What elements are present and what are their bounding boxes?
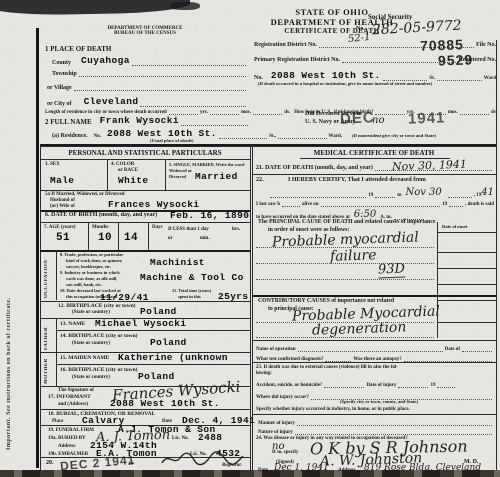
residence-label: (a) Residence. bbox=[52, 133, 88, 139]
mother-name-label: 15. MAIDEN NAME bbox=[60, 355, 109, 361]
ifso-label: If so, specify bbox=[272, 450, 299, 455]
street-value: 2088 West 10th St. bbox=[271, 70, 381, 81]
mother-bp-label: 16. BIRTHPLACE (city or town) bbox=[60, 367, 137, 373]
father-side-label: FATHER bbox=[44, 320, 49, 350]
city-value: Cleveland bbox=[84, 96, 139, 107]
place-of-death-title: 1 PLACE OF DEATH bbox=[45, 45, 111, 53]
filed-year-label: 19 bbox=[128, 462, 133, 467]
injury-19: 19 bbox=[430, 383, 435, 388]
cert-date-value: Dec 1, 1941 bbox=[274, 463, 329, 473]
color-label1: 4. COLOR bbox=[111, 162, 134, 167]
cert-addr-label: Address bbox=[338, 468, 355, 473]
scan-smudge-top bbox=[0, 0, 190, 16]
registered-no-stamp: 9529 bbox=[438, 51, 474, 68]
cert-date-label: Date bbox=[258, 468, 268, 473]
trade-label2: kind of work done, as spinner, bbox=[66, 258, 122, 263]
age-months: 10 bbox=[98, 232, 112, 244]
color-label2: or RACE bbox=[118, 168, 138, 173]
hospital-note: (If death occurred in a hospital or inst… bbox=[258, 81, 432, 86]
street-ward-label: Ward bbox=[484, 76, 496, 81]
informant-address: 2088 West 10th St. bbox=[110, 398, 220, 409]
full-name-label: 2 FULL NAME bbox=[45, 118, 92, 126]
full-name-value: Frank Wysocki bbox=[100, 115, 179, 126]
occupation-side-label: OCCUPATION bbox=[44, 254, 49, 298]
primary-reg-label: Primary Registration District No. bbox=[254, 57, 340, 63]
spouse-value: Frances Wysocki bbox=[108, 199, 200, 210]
ssn-value: 282-05-9772 bbox=[372, 18, 462, 39]
contrib-value2: degeneration bbox=[312, 319, 407, 338]
sex-value: Male bbox=[50, 175, 74, 186]
date-of-onset-label: Date of onset bbox=[442, 224, 468, 229]
where-injury-label: Where did injury occur? bbox=[256, 395, 309, 400]
residence-st-label: St., bbox=[269, 134, 276, 139]
nonresident-note: (If nonresident give city or town and St… bbox=[352, 133, 436, 138]
mother-name-value: Katherine (unknown bbox=[118, 352, 228, 363]
hrs-label: hrs. bbox=[232, 227, 240, 232]
marital-label2: Widowed or bbox=[169, 168, 192, 173]
father-name-label: 13. NAME bbox=[60, 321, 85, 327]
mos-label2: mos. bbox=[448, 110, 458, 115]
months-label: Months bbox=[92, 225, 108, 230]
county-label: County bbox=[52, 60, 71, 66]
father-bp-value: Poland bbox=[150, 337, 187, 348]
specify-place-note: Specify whether injury occurred in indus… bbox=[256, 407, 410, 412]
birthplace-label: 12. BIRTHPLACE (city or town) bbox=[58, 303, 135, 309]
certify-19: 19 bbox=[368, 193, 373, 198]
sex-label: 3. SEX bbox=[45, 162, 60, 167]
death-said-label: , death is said bbox=[465, 202, 494, 207]
abode-note: (Usual place of abode) bbox=[150, 138, 194, 143]
trade-label3: sawyer, bookkeeper, etc. bbox=[66, 264, 111, 269]
days-label: Days bbox=[152, 225, 163, 230]
medical-section-title: MEDICAL CERTIFICATE OF DEATH bbox=[252, 149, 496, 157]
industry-value: Machine & Tool Co bbox=[140, 272, 244, 283]
date-of-label: Date of bbox=[445, 347, 460, 352]
agency-line2: BUREAU OF THE CENSUS bbox=[70, 31, 220, 36]
reg-district-label: Registration District No. bbox=[254, 42, 317, 48]
ssn-no-label: No. bbox=[356, 26, 365, 32]
buried-addr-label: Address bbox=[58, 444, 75, 449]
lastsaw-label1: I last saw h bbox=[256, 202, 280, 207]
industry-label1: 9. Industry or business in which bbox=[60, 270, 120, 275]
burial-place-label: Place bbox=[52, 419, 63, 424]
certify-to-value: Nov 30 bbox=[405, 187, 441, 198]
lastsaw-19: 19 bbox=[442, 202, 447, 207]
county-value: Cuyahoga bbox=[81, 55, 130, 66]
residence-no-label: No. bbox=[94, 134, 101, 139]
mother-bp-value: Poland bbox=[138, 371, 175, 382]
file-no-label: File No. bbox=[476, 42, 496, 48]
total-time-label2: spent in this bbox=[178, 294, 201, 299]
personal-section-title: PERSONAL AND STATISTICAL PARTICULARS bbox=[40, 149, 250, 157]
dod-label: 21. DATE OF DEATH (month, day, and year) bbox=[256, 165, 373, 171]
father-name-value: Michael Wysocki bbox=[95, 318, 187, 329]
principal-label1: The PRINCIPAL CAUSE OF DEATH and related… bbox=[258, 219, 435, 225]
industry-label2: work was done, as silk mill, bbox=[66, 276, 117, 281]
father-bp-label: 14. BIRTHPLACE (city or town) bbox=[60, 333, 137, 339]
buried-lic-label: Lic. No. bbox=[172, 436, 189, 441]
industry-label3: saw mill, bank, etc. bbox=[66, 282, 102, 287]
age-days: 14 bbox=[124, 232, 138, 244]
informant-label1: The Signature of bbox=[58, 388, 94, 393]
where-injury-note: (Specify city or town, county, and State… bbox=[340, 399, 418, 404]
trade-value: Machinist bbox=[150, 257, 205, 268]
ds-label: ds. bbox=[284, 110, 290, 115]
margin-note: Important. See instructions on back of c… bbox=[6, 120, 12, 450]
certify-num: 22. bbox=[256, 177, 264, 183]
age-label: 7. AGE (years) bbox=[44, 225, 76, 230]
color-value: White bbox=[118, 175, 149, 186]
buried-by-label: 19a. BURIED BY bbox=[48, 436, 86, 441]
buried-lic-value: 2488 bbox=[198, 432, 222, 443]
marital-value: Married bbox=[195, 171, 238, 182]
operation-label: Name of operation bbox=[256, 347, 296, 352]
total-time-label1: 11. Total time (years) bbox=[172, 288, 211, 293]
injury-date-label: Date of injury bbox=[366, 383, 396, 388]
left-rule bbox=[36, 28, 39, 468]
min-label: min. bbox=[200, 236, 210, 241]
served-stamp-month: DEC bbox=[340, 109, 376, 128]
lastsaw-label2: alive on bbox=[302, 202, 319, 207]
cert-addr-value: 819 Rose Bldg, Cleveland bbox=[364, 463, 481, 473]
informant-label2: 17. INFORMANT bbox=[48, 394, 91, 400]
mother-side-label: MOTHER bbox=[44, 354, 49, 384]
external-label1: 23. If death was due to external causes … bbox=[256, 365, 398, 370]
township-label: Township bbox=[52, 71, 77, 77]
accident-label: Accident, suicide, or homicide? bbox=[256, 383, 322, 388]
spouse-label1: 5a If Married, Widowed, or Divorced bbox=[45, 192, 125, 197]
marital-label1: 5. SINGLE, MARRIED, Write the word bbox=[169, 162, 244, 167]
contrib-label1: CONTRIBUTORY CAUSES of importance not re… bbox=[258, 298, 394, 304]
external-label2: lowing: bbox=[256, 371, 272, 376]
funeral-firm-label: 19. FUNERAL FIRM bbox=[48, 428, 94, 433]
informant-addr-label: and (Address) bbox=[58, 402, 88, 407]
age-years: 51 bbox=[56, 232, 70, 244]
served-stamp-year: 1941 bbox=[408, 109, 446, 127]
birthplace-value: Poland bbox=[140, 306, 177, 317]
scan-smudge-top2 bbox=[170, 2, 200, 10]
filed-num-label: 20. bbox=[46, 460, 54, 466]
less-than-day-label: If LESS than 1 day bbox=[168, 227, 209, 232]
village-label: or Village bbox=[47, 85, 72, 91]
manner-label: Manner of injury bbox=[258, 421, 295, 426]
or-label: or bbox=[168, 236, 173, 241]
registrar-label: Registrar. bbox=[222, 463, 242, 468]
dob-value: Feb. 16, 1890 bbox=[170, 210, 249, 221]
nature-label: Nature of injury bbox=[258, 430, 293, 435]
marital-label3: Divorced bbox=[169, 174, 186, 179]
residence-ward-label: Ward. bbox=[329, 134, 342, 139]
death-certificate-scan: Important. See instructions on back of c… bbox=[0, 0, 500, 477]
certify-text: I HEREBY CERTIFY, That I attended deceas… bbox=[288, 177, 426, 183]
dob-label: 6. DATE OF BIRTH (month, day, and year) bbox=[45, 212, 157, 218]
mother-bp-sub: (State or country) bbox=[72, 375, 110, 380]
certify-to-label: to bbox=[397, 193, 401, 198]
dod-value: Nov 30, 1941 bbox=[392, 158, 467, 174]
birthplace-sub: (State or country) bbox=[72, 310, 110, 315]
father-bp-sub: (State or country) bbox=[72, 341, 110, 346]
trade-label1: 8. Trade, profession, or particular bbox=[60, 252, 123, 257]
spouse-label3: (or) Wife of bbox=[50, 204, 75, 209]
spouse-label2: Husband of bbox=[50, 198, 75, 203]
certify-to-year: 41 bbox=[481, 187, 494, 198]
cause-code: 93D bbox=[378, 262, 406, 279]
